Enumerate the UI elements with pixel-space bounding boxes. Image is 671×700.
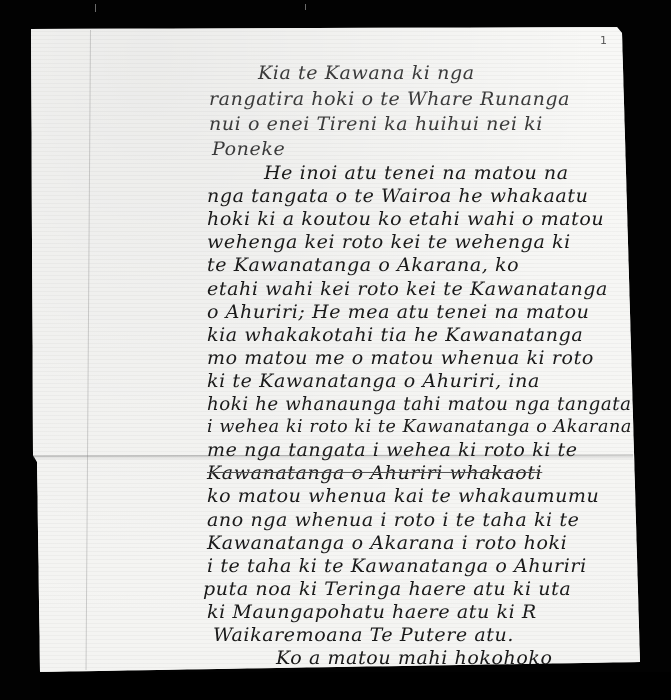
handwritten-text-block-bottom: Ko a matou mahi hokohoko hoki kei te ahu… bbox=[0, 0, 671, 700]
scan-bottom-border bbox=[40, 672, 671, 700]
body-line: Ko a matou mahi hokohoko bbox=[276, 647, 553, 669]
